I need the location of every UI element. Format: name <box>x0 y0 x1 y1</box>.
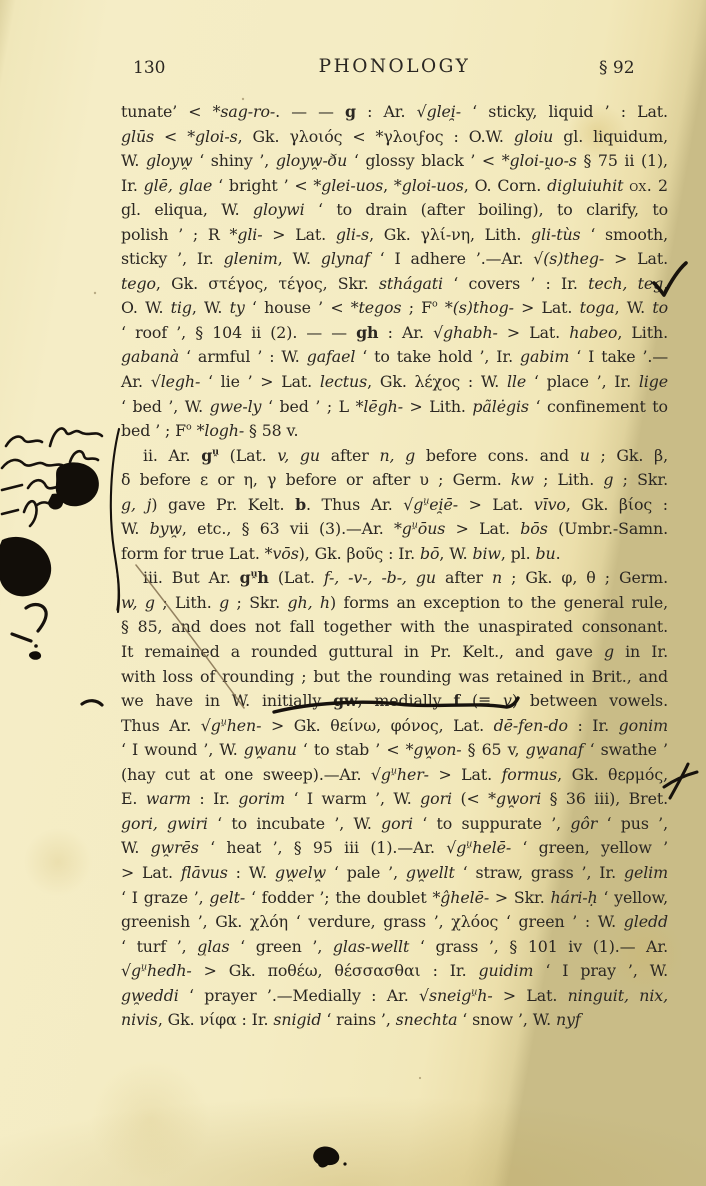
text-line: gl. eliqua, W. gloywi ‘ to drain (after … <box>121 198 668 223</box>
text-line: W. byw̯, etc., § 63 vii (3).—Ar. *gu̯ōus… <box>121 517 668 542</box>
text-line: w, g ; Lith. g ; Skr. gh, h) forms an ex… <box>121 591 668 616</box>
text-line: (hay cut at one sweep).—Ar. √gu̯her- > L… <box>121 763 668 788</box>
running-title: PHONOLOGY <box>121 56 668 77</box>
text-line: iii. But Ar. gu̯h (Lat. f-, -v-, -b-, gu… <box>121 566 668 591</box>
text-line: W. gloyw̯ ‘ shiny ’, gloyw̯-ðu ‘ glossy … <box>121 149 668 174</box>
section-number: § 92 <box>599 58 635 78</box>
text-line: ‘ roof ’, § 104 ii (2). — — gh : Ar. √gh… <box>121 321 668 346</box>
text-line: form for true Lat. *vōs), Gk. βοῦς : Ir.… <box>121 542 668 567</box>
book-page: 130 PHONOLOGY § 92 tunate’ < *sag-ro-. —… <box>0 0 706 1186</box>
text-line: sticky ’, Ir. glenim, W. glynaf ‘ I adhe… <box>121 247 668 272</box>
text-line: tunate’ < *sag-ro-. — — g : Ar. √glei̯- … <box>121 100 668 125</box>
x-mark-icon <box>664 764 697 798</box>
margin-ink-marks <box>12 605 102 705</box>
text-line: √gu̯hedh- > Gk. ποθέω, θέσσασθαι : Ir. g… <box>121 959 668 984</box>
text-line: ii. Ar. gu̯ (Lat. v, gu after n, g befor… <box>121 444 668 469</box>
text-line: > Lat. flāvus : W. gw̯elw̯ ‘ pale ’, gw̯… <box>121 861 668 886</box>
text-line: tego, Gk. στέγος, τέγος, Skr. sthágati ‘… <box>121 272 668 297</box>
text-line: It remained a rounded guttural in Pr. Ke… <box>121 640 668 665</box>
text-line: gabanà ‘ armful ’ : W. gafael ‘ to take … <box>121 345 668 370</box>
text-line: δ before ε or η, γ before or after υ ; G… <box>121 468 668 493</box>
text-line: ‘ I wound ’, W. gw̯anu ‘ to stab ’ < *gw… <box>121 738 668 763</box>
body-text: tunate’ < *sag-ro-. — — g : Ar. √glei̯- … <box>121 100 668 1033</box>
text-line: g, j) gave Pr. Kelt. b. Thus Ar. √gu̯ei̯… <box>121 493 668 518</box>
text-line: we have in W. initially gw, medially f (… <box>121 689 668 714</box>
text-line: with loss of rounding ; but the rounding… <box>121 665 668 690</box>
bottom-ink-blot <box>313 1146 346 1167</box>
text-line: ‘ turf ’, glas ‘ green ’, glas-wellt ‘ g… <box>121 935 668 960</box>
text-line: Thus Ar. √gu̯hen- > Gk. θείνω, φόνος, La… <box>121 714 668 739</box>
text-line: greenish ’, Gk. χλόη ‘ verdure, grass ’,… <box>121 910 668 935</box>
text-line: O. W. tig, W. ty ‘ house ’ < *tegos ; Fo… <box>121 296 668 321</box>
margin-note-handwriting <box>2 428 102 526</box>
text-line: gw̯eddi ‘ prayer ’.—Medially : Ar. √snei… <box>121 984 668 1009</box>
text-line: polish ’ ; R *gli- > Lat. gli-s, Gk. γλί… <box>121 223 668 248</box>
margin-bracket <box>111 429 119 612</box>
text-line: bed ’ ; Fo *logh- § 58 v. <box>121 419 668 444</box>
text-line: Ar. √legh- ‘ lie ’ > Lat. lectus, Gk. λέ… <box>121 370 668 395</box>
text-line: glūs < *gloi-s, Gk. γλοιός < *γλοιϝος : … <box>121 125 668 150</box>
text-line: ‘ I graze ’, gelt- ‘ fodder ’; the doubl… <box>121 886 668 911</box>
text-line: E. warm : Ir. gorim ‘ I warm ’, W. gori … <box>121 787 668 812</box>
text-line: Ir. glē, glae ‘ bright ’ < *glei-uos, *g… <box>121 174 668 199</box>
ink-blot <box>0 462 99 596</box>
text-line: § 85, and does not fall together with th… <box>121 615 668 640</box>
text-line: ‘ bed ’, W. gwe-ly ‘ bed ’ ; L *lēgh- > … <box>121 395 668 420</box>
text-line: nivis, Gk. νίφα : Ir. snigid ‘ rains ’, … <box>121 1008 668 1033</box>
text-line: gori, gwiri ‘ to incubate ’, W. gori ‘ t… <box>121 812 668 837</box>
page-header: 130 PHONOLOGY § 92 <box>0 56 706 84</box>
text-line: W. gw̯rēs ‘ heat ’, § 95 iii (1).—Ar. √g… <box>121 836 668 861</box>
